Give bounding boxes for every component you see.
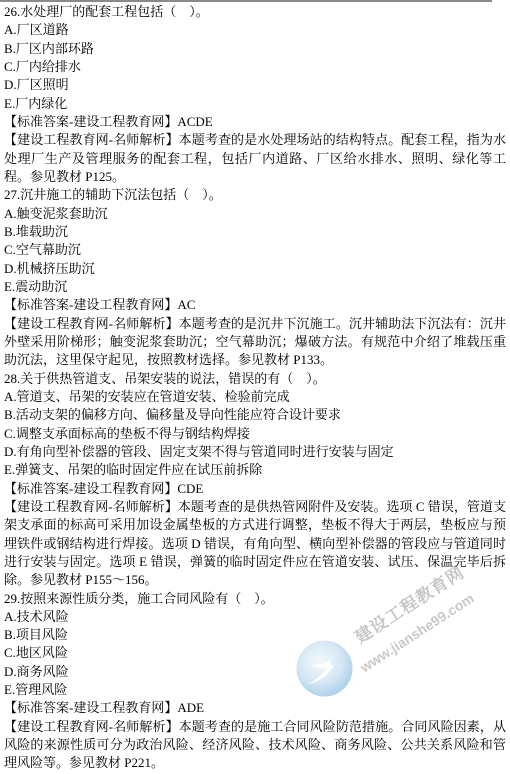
question-stem: 26.水处理厂的配套工程包括（ ）。 <box>4 3 506 21</box>
question-stem: 27.沉井施工的辅助下沉法包括（ ）。 <box>4 186 506 204</box>
option: B.堆载助沉 <box>4 223 506 241</box>
question-stem: 28.关于供热管道支、吊架安装的说法，错误的有（ ）。 <box>4 370 506 388</box>
answer-value: ADE <box>177 700 204 715</box>
option: B.厂区内部环路 <box>4 40 506 58</box>
analysis-label: 【建设工程教育网-名师解析】 <box>4 719 179 734</box>
answer-line: 【标准答案-建设工程教育网】AC <box>4 296 506 314</box>
option: E.管理风险 <box>4 681 506 699</box>
analysis-line: 【建设工程教育网-名师解析】本题考查的是供热管网附件及安装。选项 C 错误，管道… <box>4 498 506 590</box>
analysis-line: 【建设工程教育网-名师解析】本题考查的是施工合同风险防范措施。合同风险因素，从风… <box>4 718 506 773</box>
answer-value: AC <box>177 297 195 312</box>
answer-value: ACDE <box>177 114 212 129</box>
option: C.地区风险 <box>4 644 506 662</box>
analysis-line: 【建设工程教育网-名师解析】本题考查的是水处理场站的结构特点。配套工程，指为水处… <box>4 131 506 186</box>
analysis-line: 【建设工程教育网-名师解析】本题考查的是沉井下沉施工。沉井辅助法下沉法有：沉井外… <box>4 315 506 370</box>
answer-line: 【标准答案-建设工程教育网】ACDE <box>4 113 506 131</box>
option: A.触变泥浆套助沉 <box>4 205 506 223</box>
option: A.厂区道路 <box>4 21 506 39</box>
top-rule <box>0 0 492 2</box>
option: D.商务风险 <box>4 663 506 681</box>
answer-label: 【标准答案-建设工程教育网】 <box>4 481 177 496</box>
answer-line: 【标准答案-建设工程教育网】ADE <box>4 699 506 717</box>
answer-value: CDE <box>177 481 203 496</box>
answer-label: 【标准答案-建设工程教育网】 <box>4 114 177 129</box>
option: E.厂内绿化 <box>4 95 506 113</box>
option: B.活动支架的偏移方向、偏移量及导向性能应符合设计要求 <box>4 406 506 424</box>
option: E.震动助沉 <box>4 278 506 296</box>
exam-answer-document: 26.水处理厂的配套工程包括（ ）。 A.厂区道路 B.厂区内部环路 C.厂内给… <box>0 0 510 773</box>
option: C.空气幕助沉 <box>4 241 506 259</box>
option: E.弹簧支、吊架的临时固定件应在试压前拆除 <box>4 461 506 479</box>
option: C.厂内给排水 <box>4 58 506 76</box>
option: D.机械挤压助沉 <box>4 260 506 278</box>
question-stem: 29.按照来源性质分类，施工合同风险有（ ）。 <box>4 590 506 608</box>
option: B.项目风险 <box>4 626 506 644</box>
answer-label: 【标准答案-建设工程教育网】 <box>4 297 177 312</box>
option: C.调整支承面标高的垫板不得与钢结构焊接 <box>4 425 506 443</box>
answer-line: 【标准答案-建设工程教育网】CDE <box>4 480 506 498</box>
option: D.厂区照明 <box>4 76 506 94</box>
answer-label: 【标准答案-建设工程教育网】 <box>4 700 177 715</box>
option: A.技术风险 <box>4 608 506 626</box>
option: A.管道支、吊架的安装应在管道安装、检验前完成 <box>4 388 506 406</box>
analysis-label: 【建设工程教育网-名师解析】 <box>4 316 179 331</box>
option: D.有角向型补偿器的管段、固定支架不得与管道同时进行安装与固定 <box>4 443 506 461</box>
analysis-label: 【建设工程教育网-名师解析】 <box>4 499 178 514</box>
analysis-label: 【建设工程教育网-名师解析】 <box>4 132 179 147</box>
